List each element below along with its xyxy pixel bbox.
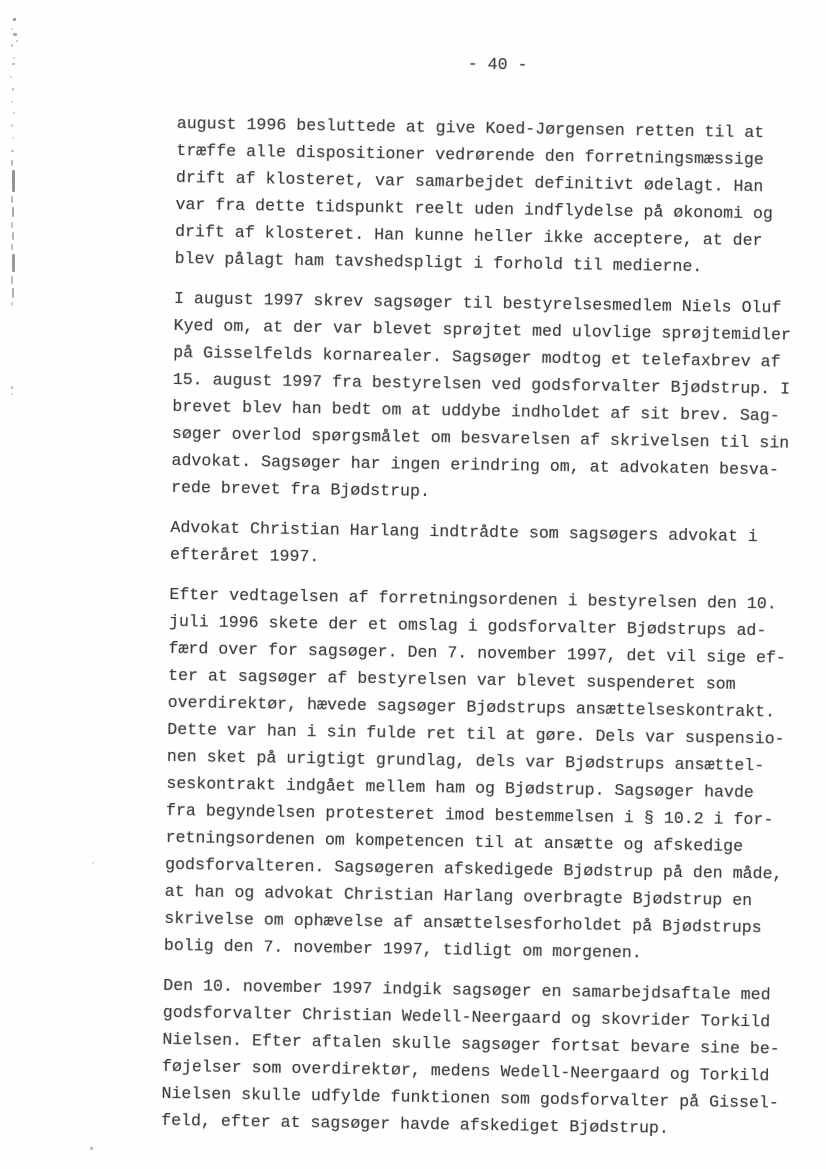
paragraph: Advokat Christian Harlang indtrådte som … [170,514,819,578]
paragraph: I august 1997 skrev sagsøger til bestyre… [171,285,822,511]
paragraph: august 1996 besluttede at give Koed-Jørg… [174,110,824,282]
typewritten-text-block: - 40 - august 1996 besluttede at give Ko… [161,46,826,1157]
page-number: - 40 - [468,51,826,84]
scanned-document-page: - 40 - august 1996 besluttede at give Ko… [0,0,826,1169]
paragraph: Den 10. november 1997 indgik sagsøger en… [161,972,811,1144]
paragraph: Efter vedtagelsen af forretningsordenen … [164,581,818,969]
